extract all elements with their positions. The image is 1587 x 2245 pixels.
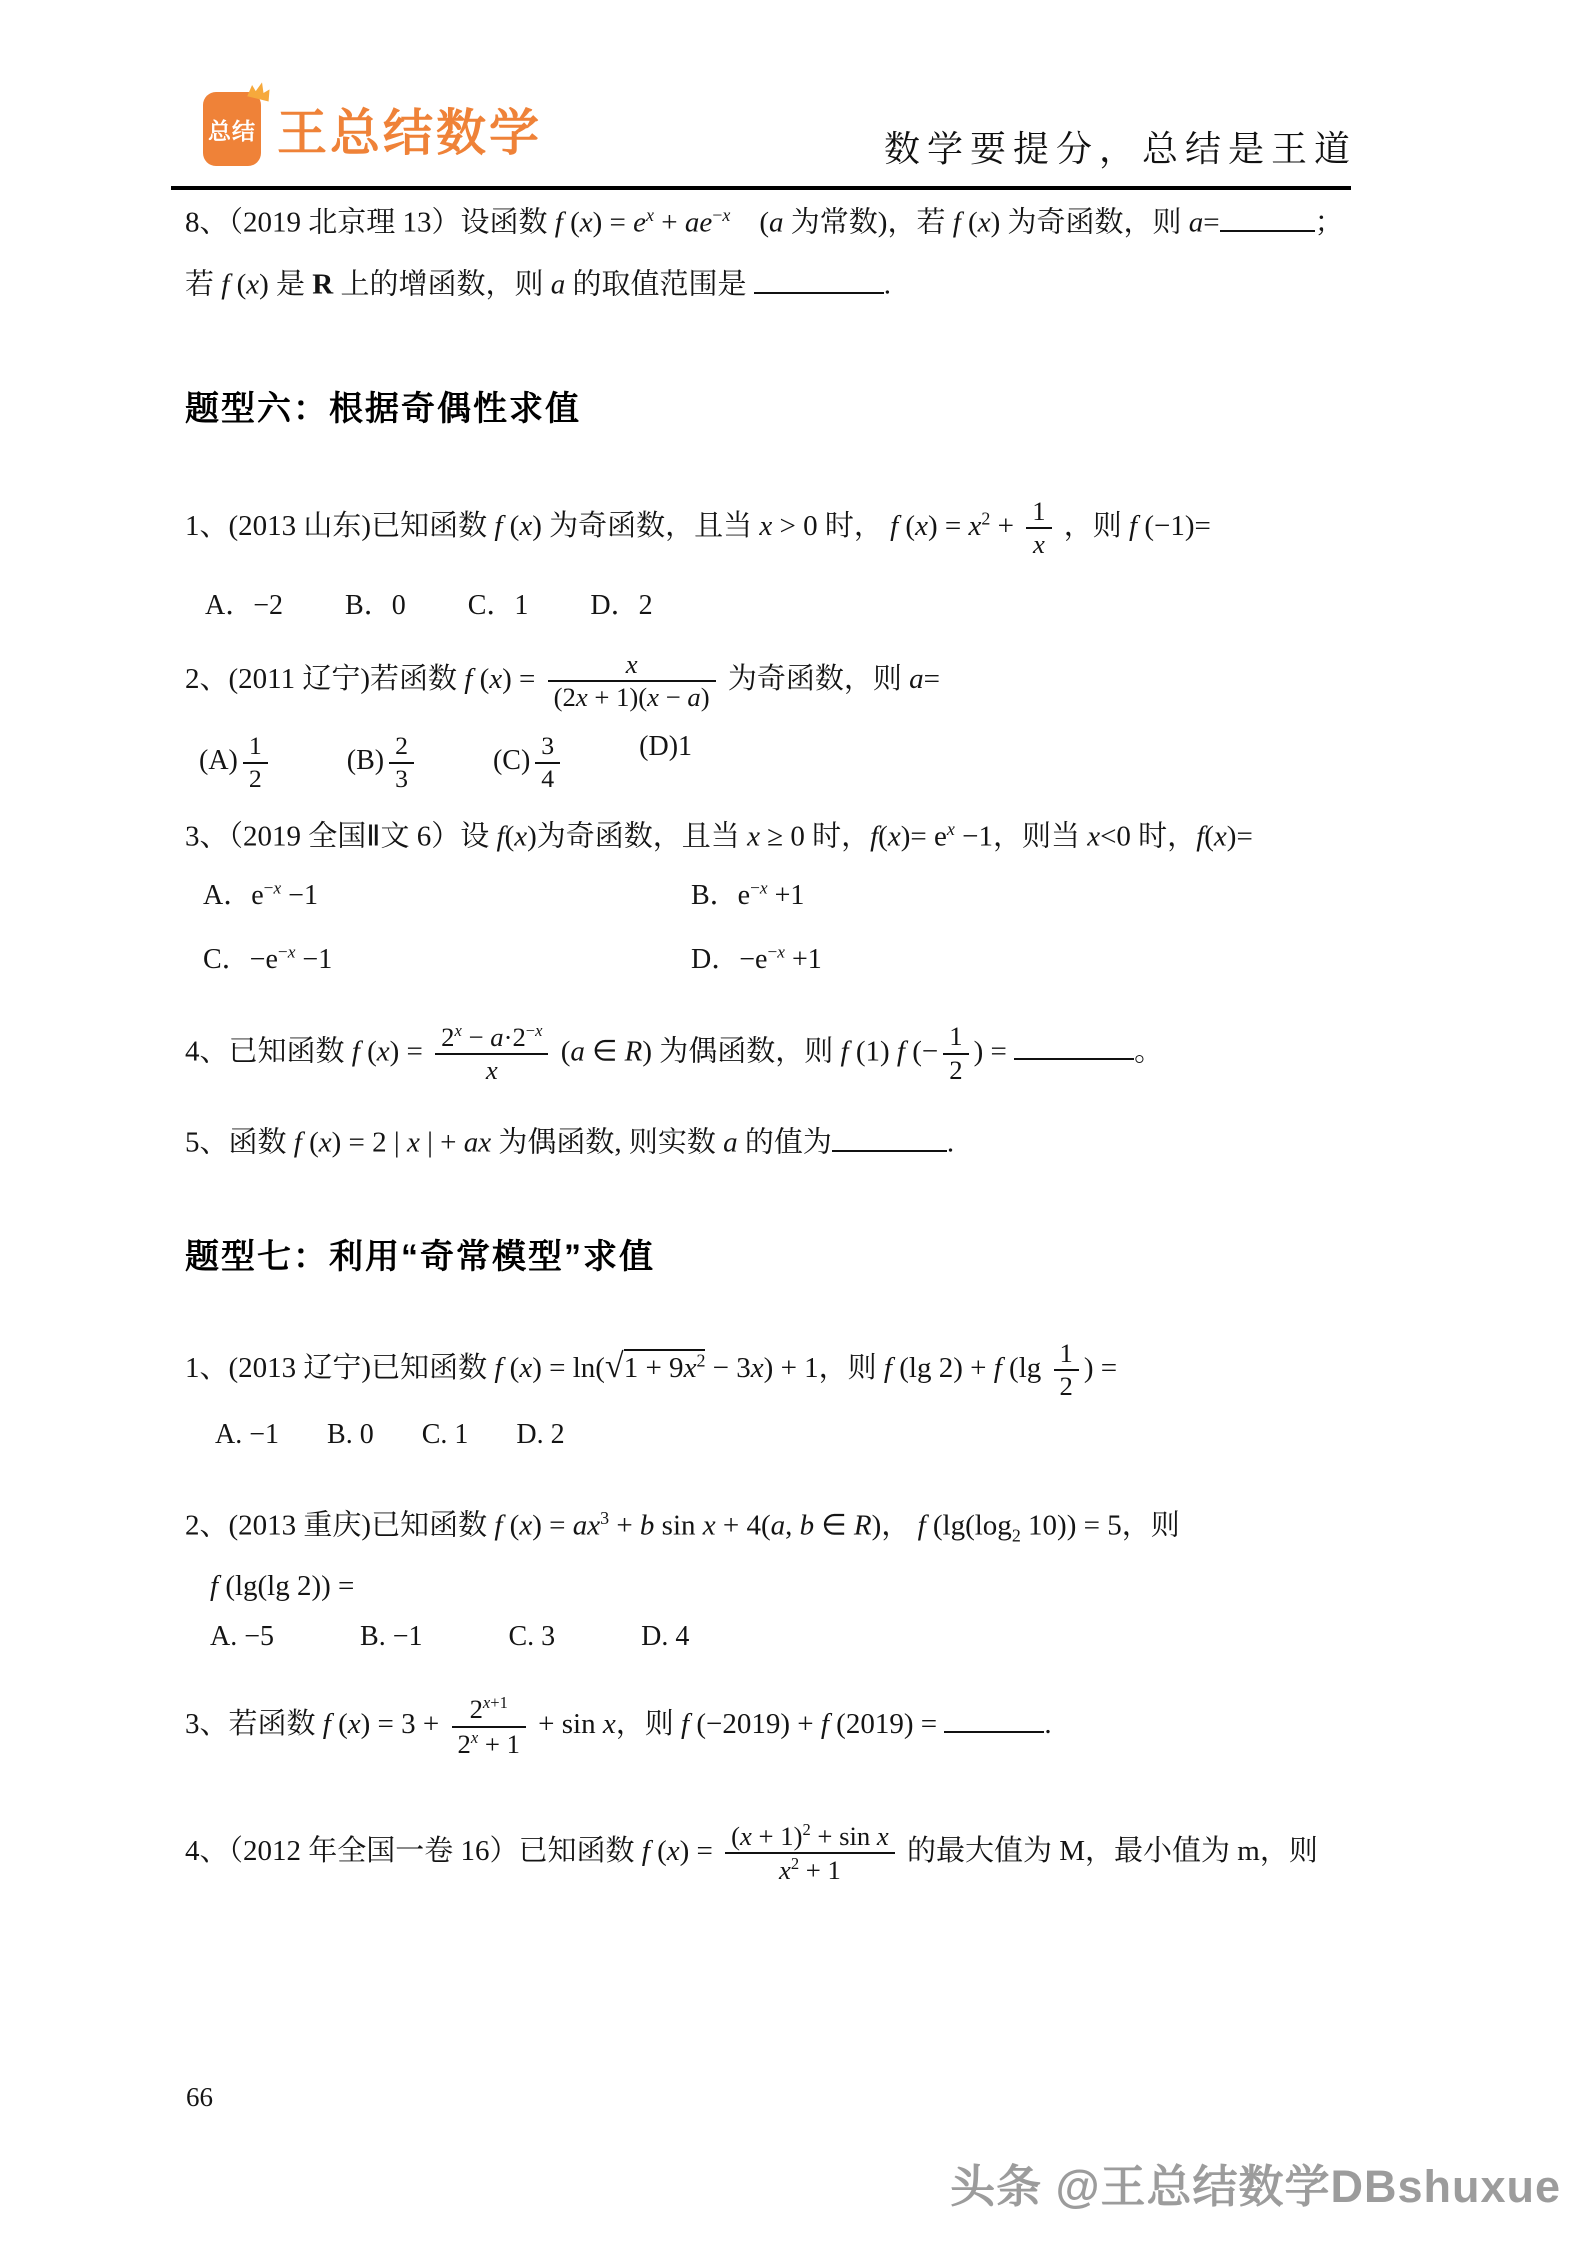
option-b: B．0 <box>345 583 406 623</box>
sec7-problem-2-line-2: f (lg(lg 2)) = <box>210 1568 1477 1606</box>
option-a: (A)12 <box>199 731 273 794</box>
sec6-problem-3: 3、（2019 全国Ⅱ文 6）设 f(x)为奇函数，且当 x ≥ 0 时，f(x… <box>185 818 1477 856</box>
option-d: D．−e−x +1 <box>691 937 1477 977</box>
sec7-problem-4: 4、（2012 年全国一卷 16）已知函数 f (x) = (x + 1)2 +… <box>185 1820 1477 1887</box>
sec6-problem-3-options: A．e−x −1 B．e−x +1 C．−e−x −1 D．−e−x +1 <box>203 873 1477 977</box>
sec6-problem-2-options: (A)12 (B)23 (C)34 (D)1 <box>199 731 1477 794</box>
problem-8-line-2: 若 f (x) 是 R 上的增函数，则 a 的取值范围是 . <box>185 262 1477 304</box>
crown-icon <box>243 78 275 110</box>
option-c: (C)34 <box>493 731 565 794</box>
page-number: 66 <box>186 2082 213 2113</box>
option-b: B. 0 <box>327 1419 374 1451</box>
option-d: (D)1 <box>639 731 692 763</box>
option-a: A．−2 <box>205 583 283 623</box>
option-c: C. 3 <box>508 1621 555 1653</box>
sec7-problem-1-options: A. −1 B. 0 C. 1 D. 2 <box>215 1419 1477 1451</box>
option-d: D. 4 <box>641 1621 689 1653</box>
option-c: C．1 <box>468 583 529 623</box>
brand-title: 王总结数学 <box>277 93 542 165</box>
option-a: A. −1 <box>215 1419 279 1451</box>
option-b: (B)23 <box>347 731 419 794</box>
option-d: D. 2 <box>516 1419 564 1451</box>
watermark: 头条 @王总结数学DBshuxue <box>950 2150 1561 2215</box>
document-page: 总结 王总结数学 数学要提分，总结是王道 8、（2019 北京理 13）设函数 … <box>0 0 1587 2245</box>
sec7-problem-3: 3、若函数 f (x) = 3 + 2x+12x + 1 + sin x，则 f… <box>185 1693 1477 1760</box>
option-b: B．e−x +1 <box>691 873 1477 913</box>
section-7-title: 题型七：利用“奇常模型”求值 <box>185 1229 1477 1278</box>
sec6-problem-4: 4、已知函数 f (x) = 2x − a·2−xx (a ∈ R) 为偶函数，… <box>185 1021 1477 1087</box>
sec7-problem-1: 1、(2013 辽宁)已知函数 f (x) = ln(√1 + 9x2 − 3x… <box>185 1338 1477 1403</box>
sec6-problem-1: 1、(2013 山东)已知函数 f (x) 为奇函数，且当 x > 0 时， f… <box>185 496 1477 561</box>
brand-logo-text: 总结 <box>208 113 256 146</box>
page-content: 总结 王总结数学 数学要提分，总结是王道 8、（2019 北京理 13）设函数 … <box>0 0 1587 1887</box>
sec7-problem-2-options: A. −5 B. −1 C. 3 D. 4 <box>210 1621 1477 1653</box>
header: 总结 王总结数学 数学要提分，总结是王道 <box>203 86 1477 172</box>
option-a: A．e−x −1 <box>203 873 691 913</box>
sec6-problem-5: 5、函数 f (x) = 2 | x | + ax 为偶函数, 则实数 a 的值… <box>185 1120 1477 1162</box>
problem-8-line-1: 8、（2019 北京理 13）设函数 f (x) = ex + ae−x (a … <box>185 200 1477 242</box>
option-d: D．2 <box>590 583 652 623</box>
section-6-title: 题型六：根据奇偶性求值 <box>185 381 1477 430</box>
option-a: A. −5 <box>210 1621 274 1653</box>
sec6-problem-2: 2、(2011 辽宁)若函数 f (x) = x(2x + 1)(x − a) … <box>185 649 1477 714</box>
option-c: C．−e−x −1 <box>203 937 691 977</box>
brand-logo: 总结 <box>203 92 261 166</box>
option-c: C. 1 <box>422 1419 469 1451</box>
sec6-problem-1-options: A．−2 B．0 C．1 D．2 <box>205 583 1477 623</box>
brand-slogan: 数学要提分，总结是王道 <box>884 121 1357 172</box>
sec7-problem-2-line-1: 2、(2013 重庆)已知函数 f (x) = ax3 + b sin x + … <box>185 1507 1477 1548</box>
header-divider <box>171 186 1351 190</box>
option-b: B. −1 <box>360 1621 422 1653</box>
